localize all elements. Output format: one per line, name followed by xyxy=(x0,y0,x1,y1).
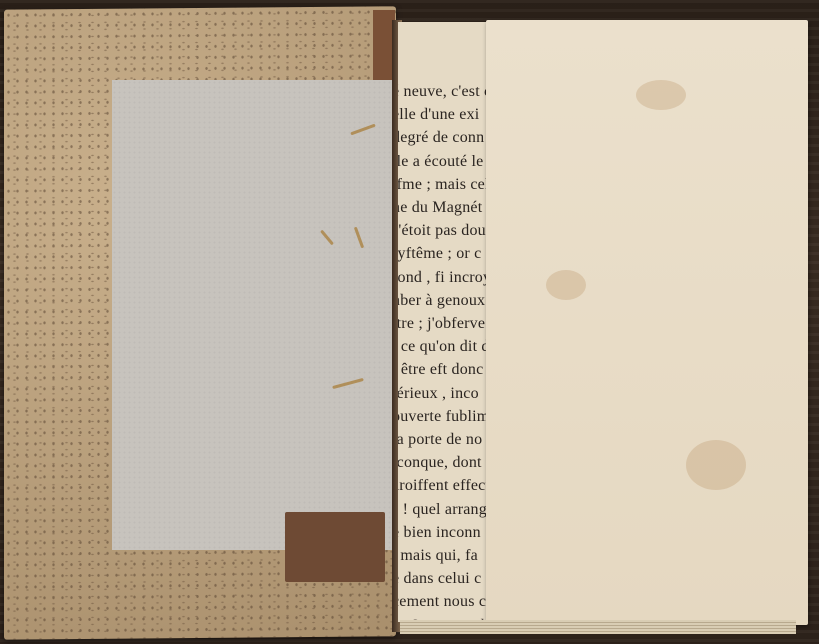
foxing-stain xyxy=(546,270,586,300)
pastedown-paper xyxy=(112,80,392,550)
foxing-stain xyxy=(636,80,686,110)
blank-flyleaf xyxy=(486,20,808,625)
foxing-stain xyxy=(686,440,746,490)
page-edges xyxy=(400,620,796,634)
leather-patch xyxy=(285,512,385,582)
